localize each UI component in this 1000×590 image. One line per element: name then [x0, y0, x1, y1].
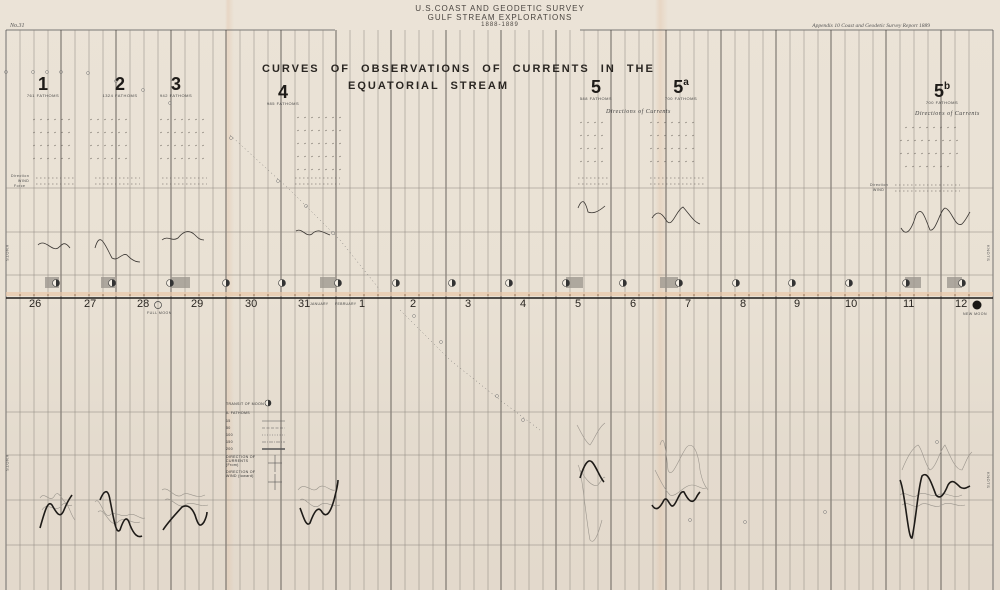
legend-dir-currents: DIRECTION OF CURRENTS (From): [226, 455, 262, 467]
legend-row-150: 150: [226, 440, 233, 444]
wind-label: WIND: [18, 179, 29, 183]
day-6: 6: [630, 298, 636, 310]
day-27: 27: [84, 298, 96, 310]
february-label: FEBRUARY: [335, 302, 356, 306]
knots-label-lower-left: KNOTS: [5, 455, 10, 471]
legend-dir-wind: DIRECTION OF WIND (toward): [226, 470, 262, 478]
station-5b-fathoms: 700 FATHOMS: [912, 100, 972, 105]
legend-row-200: 200: [226, 447, 233, 451]
directions-label-5: Directions of Currents: [606, 109, 671, 115]
station-3-fathoms: 942 FATHOMS: [146, 93, 206, 98]
day-11: 11: [903, 298, 914, 310]
station2-main-curve: [100, 492, 142, 537]
knots-label-upper-left: KNOTS: [5, 245, 10, 261]
station-2-fathoms: 1324 FATHOMS: [90, 93, 150, 98]
station-4-fathoms: 985 FATHOMS: [253, 101, 313, 106]
day-30: 30: [245, 298, 257, 310]
day-4: 4: [520, 298, 526, 310]
day-3: 3: [465, 298, 471, 310]
day-26: 26: [29, 298, 41, 310]
directions-label-5b: Directions of Currents: [915, 111, 980, 117]
day-29: 29: [191, 298, 203, 310]
wind-direction-label-5b: Direction: [870, 183, 888, 187]
wind-direction-label: Direction: [11, 174, 29, 178]
legend-row-100: 100: [226, 433, 233, 437]
new-moon-icon: [973, 301, 982, 310]
station-3-number: 3: [146, 75, 206, 93]
day-2: 2: [410, 298, 416, 310]
day-10: 10: [845, 298, 857, 310]
chart-subtitle: EQUATORIAL STREAM: [348, 80, 509, 92]
legend-row-50: 50: [226, 426, 231, 430]
legend-row-15: 15: [226, 419, 231, 423]
station5-main-curve: [580, 461, 604, 482]
day-12: 12: [955, 298, 967, 310]
station-1-fathoms: 761 FATHOMS: [13, 93, 73, 98]
station-1-number: 1: [13, 75, 73, 93]
knots-label-upper-right: KNOTS: [986, 245, 991, 261]
full-moon-label: FULL MOON: [147, 311, 172, 315]
station-5a-label: 5a 700 FATHOMS: [651, 78, 711, 101]
station-5b-label: 5b 700 FATHOMS: [912, 82, 972, 105]
legend-transit-label: TRANSIT OF MOON: [226, 402, 264, 406]
chart-title: CURVES OF OBSERVATIONS OF CURRENTS IN TH…: [262, 63, 655, 75]
station-1-label: 1 761 FATHOMS: [13, 75, 73, 98]
january-label: JANUARY: [310, 302, 328, 306]
station-5a-fathoms: 700 FATHOMS: [651, 96, 711, 101]
day-28: 28: [137, 298, 149, 310]
legend-fathoms-label: IL FATHOMS: [226, 411, 250, 415]
station-5a-number: 5: [673, 77, 683, 97]
day-9: 9: [794, 298, 800, 310]
station-5b-suffix: b: [944, 81, 950, 92]
day-5: 5: [575, 298, 581, 310]
station-5-number: 5: [566, 78, 626, 96]
wind-force-label: Force: [14, 184, 25, 188]
station-2-label: 2 1324 FATHOMS: [90, 75, 150, 98]
knots-label-lower-right: KNOTS: [986, 472, 991, 488]
station-5-fathoms: 588 FATHOMS: [566, 96, 626, 101]
station-4-label: 4 985 FATHOMS: [253, 83, 313, 106]
day-feb-1: 1: [359, 298, 365, 310]
day-8: 8: [740, 298, 746, 310]
station-5-label: 5 588 FATHOMS: [566, 78, 626, 101]
day-7: 7: [685, 298, 691, 310]
wind-label-5b: WIND: [873, 188, 884, 192]
station-4-number: 4: [253, 83, 313, 101]
station-5a-suffix: a: [683, 77, 689, 88]
station-2-number: 2: [90, 75, 150, 93]
new-moon-label: NEW MOON: [963, 312, 987, 316]
station-5b-number: 5: [934, 81, 944, 101]
legend: TRANSIT OF MOON IL FATHOMS 15 50 100 150…: [224, 398, 288, 486]
station-3-label: 3 942 FATHOMS: [146, 75, 206, 98]
day-31: 31: [298, 298, 310, 310]
